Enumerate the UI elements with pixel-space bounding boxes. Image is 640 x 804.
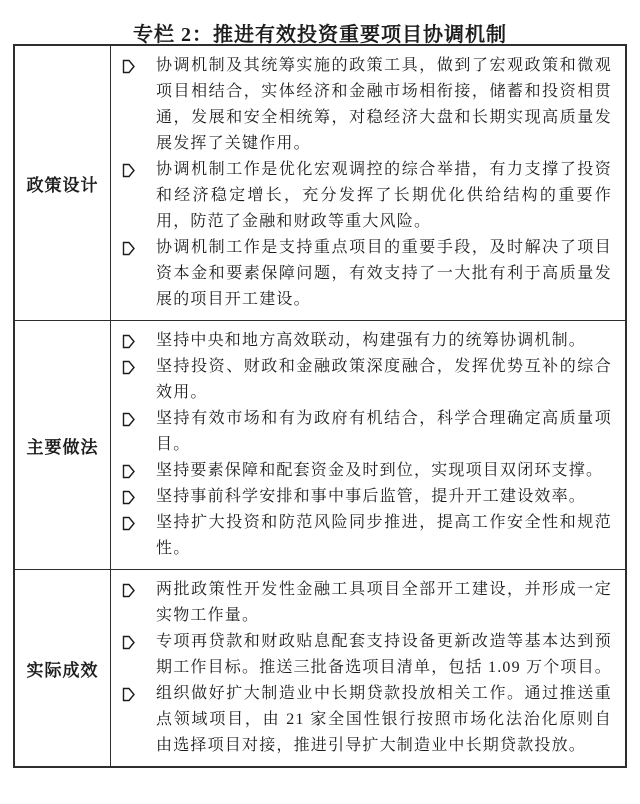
pentagon-bullet-icon (122, 490, 135, 505)
bullet-text: 组织做好扩大制造业中长期贷款投放相关工作。通过推送重点领域项目，由 21 家全国… (156, 681, 612, 759)
table-row: 政策设计 协调机制及其统筹实施的政策工具，做到了宏观政策和微观项目相结合，实体经… (15, 46, 625, 320)
bullet-text: 两批政策性开发性金融工具项目全部开工建设，并形成一定实物工作量。 (156, 577, 612, 629)
list-item: 坚持投资、财政和金融政策深度融合，发挥优势互补的综合效用。 (121, 354, 612, 406)
bullet-text: 坚持有效市场和有为政府有机结合，科学合理确定高质量项目。 (156, 406, 612, 458)
row-label-main-practices: 主要做法 (15, 321, 111, 569)
pentagon-bullet-icon (122, 583, 135, 598)
bullet-text: 坚持扩大投资和防范风险同步推进，提高工作安全性和规范性。 (156, 510, 612, 562)
list-item: 两批政策性开发性金融工具项目全部开工建设，并形成一定实物工作量。 (121, 577, 612, 629)
row-content: 坚持中央和地方高效联动，构建强有力的统筹协调机制。 坚持投资、财政和金融政策深度… (111, 321, 625, 569)
page-title: 专栏 2：推进有效投资重要项目协调机制 (0, 0, 640, 44)
bullet-text: 协调机制工作是支持重点项目的重要手段，及时解决了项目资本金和要素保障问题，有效支… (156, 235, 612, 313)
bullet-text: 专项再贷款和财政贴息配套支持设备更新改造等基本达到预期工作目标。推送三批备选项目… (156, 629, 612, 681)
list-item: 坚持事前科学安排和事中事后监管，提升开工建设效率。 (121, 484, 612, 510)
list-item: 坚持中央和地方高效联动，构建强有力的统筹协调机制。 (121, 328, 612, 354)
pentagon-bullet-icon (122, 334, 135, 349)
pentagon-bullet-icon (122, 464, 135, 479)
list-item: 坚持有效市场和有为政府有机结合，科学合理确定高质量项目。 (121, 406, 612, 458)
pentagon-bullet-icon (122, 687, 135, 702)
list-item: 坚持扩大投资和防范风险同步推进，提高工作安全性和规范性。 (121, 510, 612, 562)
box-table: 政策设计 协调机制及其统筹实施的政策工具，做到了宏观政策和微观项目相结合，实体经… (13, 44, 627, 768)
bullet-text: 坚持要素保障和配套资金及时到位，实现项目双闭环支撑。 (156, 458, 612, 484)
bullet-text: 坚持中央和地方高效联动，构建强有力的统筹协调机制。 (156, 328, 612, 354)
list-item: 协调机制及其统筹实施的政策工具，做到了宏观政策和微观项目相结合，实体经济和金融市… (121, 53, 612, 157)
bullet-list: 坚持中央和地方高效联动，构建强有力的统筹协调机制。 坚持投资、财政和金融政策深度… (121, 328, 612, 562)
bullet-text: 坚持事前科学安排和事中事后监管，提升开工建设效率。 (156, 484, 612, 510)
pentagon-bullet-icon (122, 635, 135, 650)
list-item: 组织做好扩大制造业中长期贷款投放相关工作。通过推送重点领域项目，由 21 家全国… (121, 681, 612, 759)
list-item: 专项再贷款和财政贴息配套支持设备更新改造等基本达到预期工作目标。推送三批备选项目… (121, 629, 612, 681)
row-content: 两批政策性开发性金融工具项目全部开工建设，并形成一定实物工作量。 专项再贷款和财… (111, 570, 625, 766)
bullet-text: 协调机制及其统筹实施的政策工具，做到了宏观政策和微观项目相结合，实体经济和金融市… (156, 53, 612, 157)
table-row: 实际成效 两批政策性开发性金融工具项目全部开工建设，并形成一定实物工作量。 专项… (15, 569, 625, 766)
list-item: 坚持要素保障和配套资金及时到位，实现项目双闭环支撑。 (121, 458, 612, 484)
pentagon-bullet-icon (122, 412, 135, 427)
bullet-text: 协调机制工作是优化宏观调控的综合举措，有力支撑了投资和经济稳定增长，充分发挥了长… (156, 157, 612, 235)
bullet-list: 协调机制及其统筹实施的政策工具，做到了宏观政策和微观项目相结合，实体经济和金融市… (121, 53, 612, 313)
list-item: 协调机制工作是支持重点项目的重要手段，及时解决了项目资本金和要素保障问题，有效支… (121, 235, 612, 313)
list-item: 协调机制工作是优化宏观调控的综合举措，有力支撑了投资和经济稳定增长，充分发挥了长… (121, 157, 612, 235)
document-page: 专栏 2：推进有效投资重要项目协调机制 政策设计 协调机制及其统筹实施的政策工具… (0, 0, 640, 804)
pentagon-bullet-icon (122, 516, 135, 531)
row-label-actual-results: 实际成效 (15, 570, 111, 766)
table-row: 主要做法 坚持中央和地方高效联动，构建强有力的统筹协调机制。 坚持投资、财政和金… (15, 320, 625, 569)
pentagon-bullet-icon (122, 360, 135, 375)
bullet-text: 坚持投资、财政和金融政策深度融合，发挥优势互补的综合效用。 (156, 354, 612, 406)
row-content: 协调机制及其统筹实施的政策工具，做到了宏观政策和微观项目相结合，实体经济和金融市… (111, 46, 625, 320)
pentagon-bullet-icon (122, 59, 135, 74)
bullet-list: 两批政策性开发性金融工具项目全部开工建设，并形成一定实物工作量。 专项再贷款和财… (121, 577, 612, 759)
row-label-policy-design: 政策设计 (15, 46, 111, 320)
pentagon-bullet-icon (122, 241, 135, 256)
pentagon-bullet-icon (122, 163, 135, 178)
